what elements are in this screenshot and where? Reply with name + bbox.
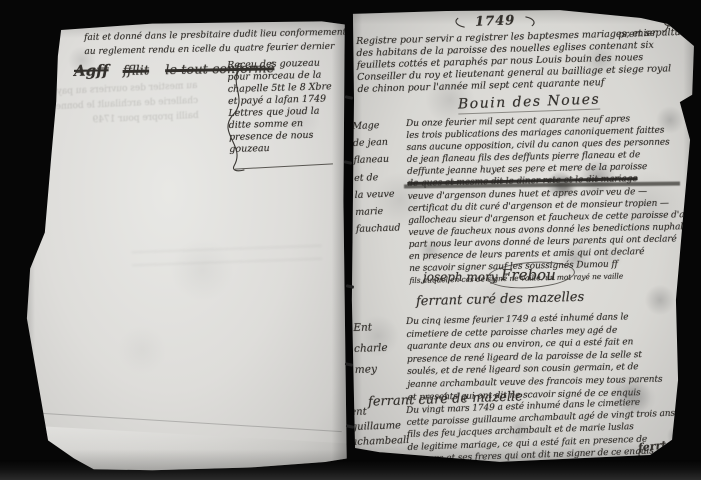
entry-marriage-text: Du onze feurier mil sept cent quarante n… [406, 112, 701, 288]
bleedthrough-text: au mestier des ouvriers au pays challeri… [51, 79, 199, 130]
pen-flourish-icon [220, 64, 254, 176]
margin-label-line: fauchaud [356, 220, 401, 239]
manuscript-photo: { "palette": {"background": "#060606", "… [0, 0, 701, 480]
right-page: 1749 premier Registre pour servir a regi… [348, 6, 701, 466]
margin-label-line: Mage [352, 116, 397, 135]
margin-label-line: Ent [353, 317, 387, 339]
entry-marriage-margin: Mage de jean flaneau et de la veuve mari… [352, 116, 401, 238]
margin-label-line: et de [354, 168, 399, 187]
margin-label-line: charle [354, 338, 388, 360]
margin-label-line: marie [355, 202, 400, 221]
margin-label-line: mey [354, 359, 388, 381]
entry-burial-2-margin: ent guillaume achambeall [350, 403, 410, 450]
entry-burial-2-text: Du vingt mars 1749 a esté inhumé dans le… [406, 396, 677, 466]
year-flourish-left-icon [452, 17, 466, 29]
margin-label-line: de jean [353, 134, 398, 153]
binding-stitch [345, 95, 353, 99]
margin-label-line: la veuve [354, 185, 399, 204]
paraph-scribble: Agff [74, 61, 109, 80]
left-page: au mestier des ouvriers au pays challeri… [22, 20, 348, 472]
struck-scribble: ffllit [123, 64, 150, 79]
curate-signature: ferrant curé des mazelles [416, 290, 585, 309]
register-heading: Registre pour servir a registrer les bap… [356, 27, 697, 96]
margin-label-line: achambeall [351, 433, 410, 450]
year-flourish-right-icon [524, 14, 538, 26]
binding-stitch [346, 284, 354, 288]
binding-stitch [345, 362, 353, 366]
clerk-signature: Bouin des Noues [458, 92, 601, 115]
year-label: 1749 [475, 13, 516, 29]
closing-statement: fait et donné dans le presbitaire dudit … [84, 27, 347, 59]
witness-signatures: joseph mory Frebou [423, 270, 498, 284]
faded-smudge [132, 245, 323, 278]
entry-burial-1-margin: Ent charle mey [353, 317, 389, 381]
witness-signature: Frebou [501, 266, 556, 284]
year-heading: 1749 [452, 12, 539, 30]
binding-stitch [346, 424, 354, 428]
entry-burial-1-text: Du cinq iesme feurier 1749 a esté inhumé… [406, 311, 663, 404]
margin-label-line: flaneau [353, 151, 398, 170]
curate-signature: ferrt [637, 439, 667, 455]
binding-stitch [344, 160, 352, 164]
